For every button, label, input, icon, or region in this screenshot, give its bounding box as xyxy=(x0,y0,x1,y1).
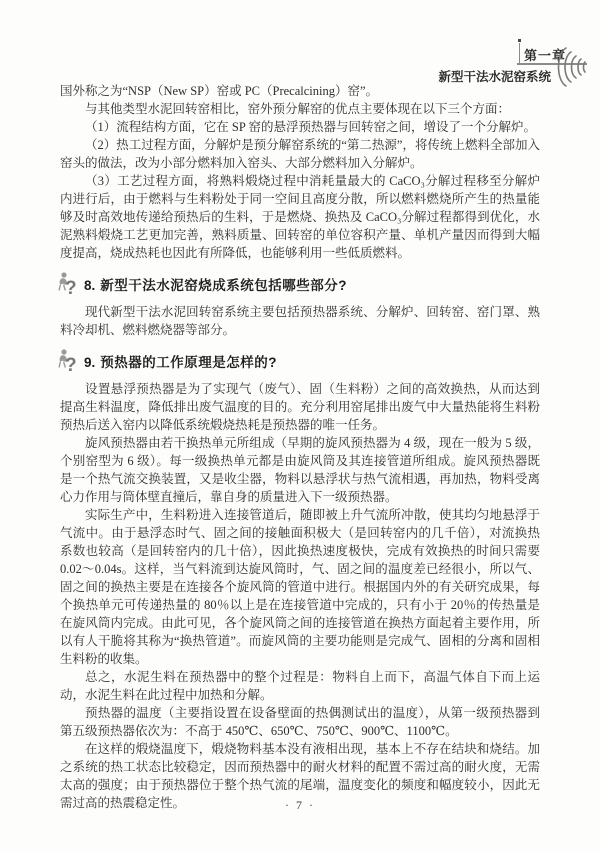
answer-paragraph: 现代新型干法水泥回转窑系统主要包括预热器系统、分解炉、回转窑、窑门罩、熟料冷却机… xyxy=(60,303,540,339)
page-number: · 7 · xyxy=(0,798,600,813)
paragraph-continued: 国外称之为“NSP（New SP）窑或 PC（Precalcining）窑”。 xyxy=(60,82,540,100)
header-tick-line xyxy=(519,43,520,63)
question-title: 新型干法水泥窑烧成系统包括哪些部分? xyxy=(100,277,347,295)
question-heading-9: ? 9. 预热器的工作原理是怎样的? xyxy=(57,352,540,374)
question-number: 9. xyxy=(84,354,95,372)
question-block-9: ? 9. 预热器的工作原理是怎样的? 设置悬浮预热器是为了实现气（废气）、固（生… xyxy=(60,352,540,812)
paragraph: 与其他类型水泥回转窑相比，窑外预分解窑的优点主要体现在以下三个方面： xyxy=(60,100,540,118)
paragraph: （3）工艺过程方面，将熟料煅烧过程中消耗量最大的 CaCO₃分解过程移至分解炉内… xyxy=(60,172,540,262)
question-heading-8: ? 8. 新型干法水泥窑烧成系统包括哪些部分? xyxy=(57,275,540,297)
answer-paragraph: 预热器的温度（主要指设置在设备壁面的热偶测试出的温度），从第一级预热器到第五级预… xyxy=(60,704,540,740)
answer-paragraph: 旋风预热器由若干换热单元所组成（早期的旋风预热器为 4 级，现在一般为 5 级，… xyxy=(60,434,540,506)
book-page: 第一章 新型干法水泥窑系统 国外称之为“NSP（New SP）窑或 PC（Pre… xyxy=(0,0,600,852)
question-number: 8. xyxy=(84,277,95,295)
question-block-8: ? 8. 新型干法水泥窑烧成系统包括哪些部分? 现代新型干法水泥回转窑系统主要包… xyxy=(60,275,540,339)
answer-paragraph: 实际生产中，生料粉进入连接管道后，随即被上升气流所冲散，使其均匀地悬浮于气流中。… xyxy=(60,506,540,668)
page-content: 国外称之为“NSP（New SP）窑或 PC（Precalcining）窑”。 … xyxy=(60,82,540,812)
svg-text:?: ? xyxy=(65,278,77,297)
answer-paragraph: 总之，水泥生料在预热器中的整个过程是：物料自上而下，高温气体自下而上运动，水泥生… xyxy=(60,668,540,704)
spiral-arcs-icon xyxy=(552,46,594,88)
question-mark-icon: ? xyxy=(57,348,79,374)
question-mark-icon: ? xyxy=(57,271,79,297)
paragraph: （1）流程结构方面，它在 SP 窑的悬浮预热器与回转窑之间，增设了一个分解炉。 xyxy=(60,118,540,136)
header-dot xyxy=(518,39,521,42)
answer-paragraph: 设置悬浮预热器是为了实现气（废气）、固（生料粉）之间的高效换热，从而达到提高生料… xyxy=(60,380,540,434)
question-title: 预热器的工作原理是怎样的? xyxy=(100,354,277,372)
paragraph: （2）热工过程方面，分解炉是预分解窑系统的“第二热源”，将传统上燃料全部加入窑头… xyxy=(60,136,540,172)
svg-text:?: ? xyxy=(65,355,77,374)
